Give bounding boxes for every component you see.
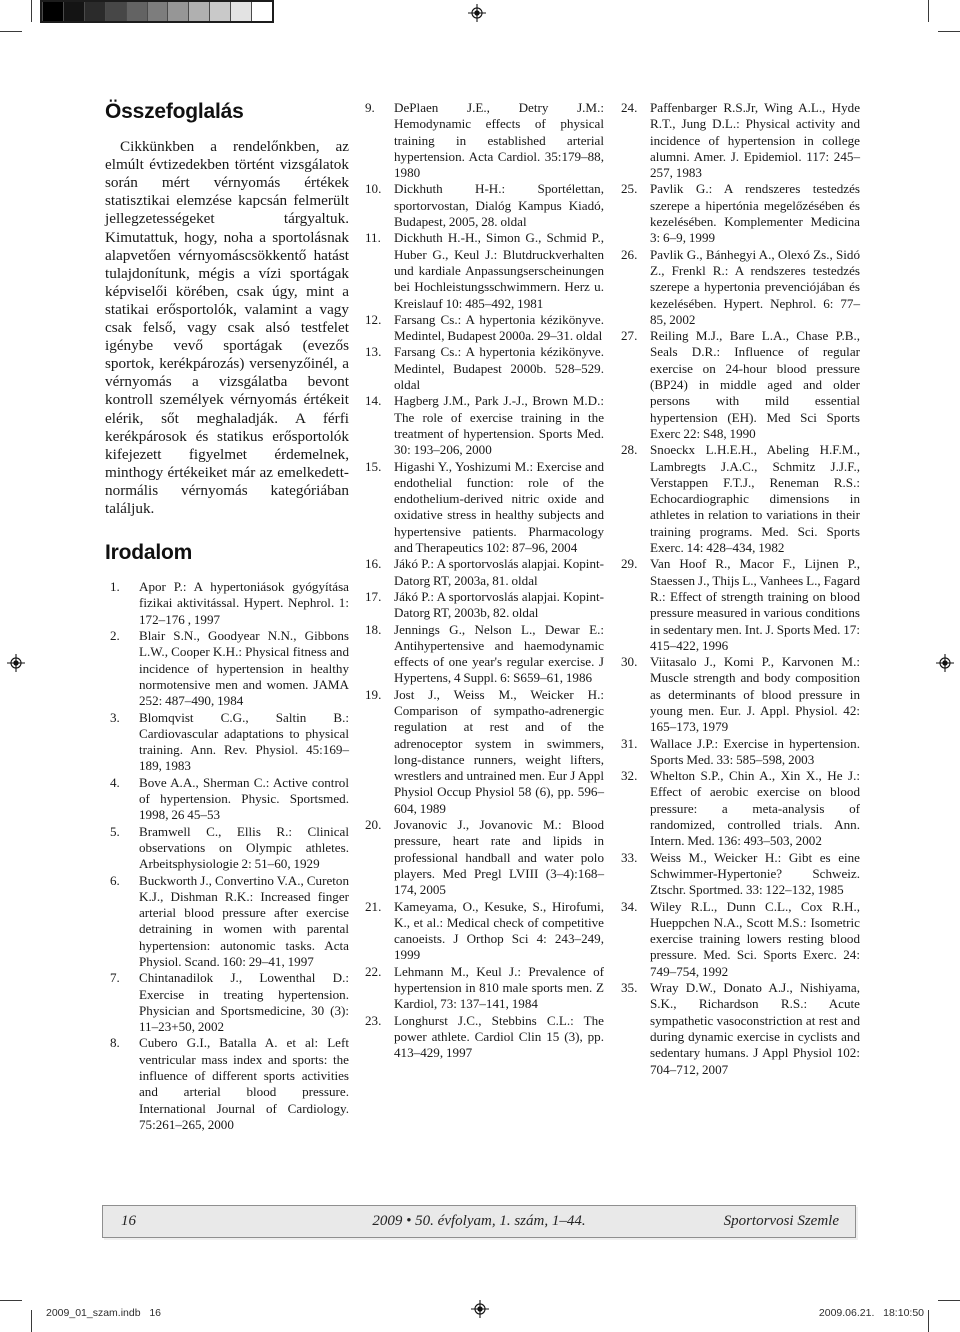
reference-number: 11. (360, 230, 394, 311)
reference-number: 34. (616, 899, 650, 980)
reference-text: Bramwell C., Ellis R.: Clinical observat… (139, 824, 349, 873)
grayscale-swatch (84, 2, 105, 21)
reference-item: 27. Reiling M.J., Bare L.A., Chase P.B.,… (616, 328, 860, 442)
reference-item: 33. Weiss M., Weicker H.: Gibt es eine S… (616, 850, 860, 899)
issue-info: 2009 • 50. évfolyam, 1. szám, 1–44. (372, 1213, 585, 1230)
reference-number: 9. (360, 100, 394, 181)
reference-item: 2. Blair S.N., Goodyear N.N., Gibbons L.… (105, 628, 349, 709)
crop-mark (0, 31, 22, 32)
column-refs-right: 24. Paffenbarger R.S.Jr, Wing A.L., Hyde… (616, 100, 860, 1078)
reference-number: 30. (616, 654, 650, 735)
reference-text: Bove A.A., Sherman C.: Active control of… (139, 775, 349, 824)
reference-item: 14. Hagberg J.M., Park J.-J., Brown M.D.… (360, 393, 604, 458)
reference-number: 7. (105, 970, 139, 1035)
reference-text: Lehmann M., Keul J.: Prevalence of hyper… (394, 964, 604, 1013)
reference-number: 25. (616, 181, 650, 246)
reference-text: Pavlik G.: A rendszeres testedzés szerep… (650, 181, 860, 246)
reference-item: 29. Van Hoof R., Macor F., Lijnen P., St… (616, 556, 860, 654)
reference-item: 11. Dickhuth H.-H., Simon G., Schmid P.,… (360, 230, 604, 311)
reference-number: 6. (105, 873, 139, 971)
reference-number: 26. (616, 247, 650, 328)
reference-text: Blomqvist C.G., Saltin B.: Cardiovascula… (139, 710, 349, 775)
crop-mark (928, 0, 929, 22)
reference-text: Snoeckx L.H.E.H., Abeling H.F.M., Lambre… (650, 442, 860, 556)
reference-number: 31. (616, 736, 650, 769)
reference-number: 3. (105, 710, 139, 775)
references-heading: Irodalom (105, 541, 349, 564)
reference-number: 19. (360, 687, 394, 817)
grayscale-swatch (209, 2, 230, 21)
reference-item: 10. Dickhuth H-H.: Sportélettan, sportor… (360, 181, 604, 230)
reference-item: 28. Snoeckx L.H.E.H., Abeling H.F.M., La… (616, 442, 860, 556)
grayscale-swatch (147, 2, 168, 21)
reference-number: 8. (105, 1035, 139, 1133)
registration-mark-icon (468, 4, 486, 22)
reference-text: Viitasalo J., Komi P., Karvonen M.: Musc… (650, 654, 860, 735)
reference-text: Cubero G.I., Batalla A. et al: Left vent… (139, 1035, 349, 1133)
grayscale-swatch (251, 2, 272, 21)
reference-text: Farsang Cs.: A hypertonia kézikönyve. Me… (394, 344, 604, 393)
reference-text: Kameyama, O., Kesuke, S., Hirofumi, K., … (394, 899, 604, 964)
reference-item: 13. Farsang Cs.: A hypertonia kézikönyve… (360, 344, 604, 393)
reference-number: 17. (360, 589, 394, 622)
reference-item: 35. Wray D.W., Donato A.J., Nishiyama, S… (616, 980, 860, 1078)
grayscale-swatch (230, 2, 251, 21)
footer-bar: 16 2009 • 50. évfolyam, 1. szám, 1–44. S… (102, 1205, 856, 1238)
reference-item: 4. Bove A.A., Sherman C.: Active control… (105, 775, 349, 824)
reference-item: 15. Higashi Y., Yoshizumi M.: Exercise a… (360, 459, 604, 557)
reference-number: 13. (360, 344, 394, 393)
reference-number: 15. (360, 459, 394, 557)
reference-item: 32. Whelton S.P., Chin A., Xin X., He J.… (616, 768, 860, 849)
summary-heading: Összefoglalás (105, 100, 349, 123)
reference-text: Jost J., Weiss M., Weicker H.: Compariso… (394, 687, 604, 817)
reference-item: 9. DePlaen J.E., Detry J.M.: Hemodynamic… (360, 100, 604, 181)
reference-number: 1. (105, 579, 139, 628)
registration-mark-icon (936, 654, 954, 672)
reference-item: 25. Pavlik G.: A rendszeres testedzés sz… (616, 181, 860, 246)
reference-text: Apor P.: A hypertoniások gyógyítása fizi… (139, 579, 349, 628)
crop-mark (928, 1310, 929, 1332)
reference-text: Weiss M., Weicker H.: Gibt es eine Schwi… (650, 850, 860, 899)
reference-text: Farsang Cs.: A hypertonia kézikönyve. Me… (394, 312, 604, 345)
grayscale-calibration-bar (40, 0, 274, 23)
reference-text: Jákó P.: A sportorvoslás alapjai. Kopint… (394, 556, 604, 589)
reference-item: 7. Chintanadilok J., Lowenthal D.: Exerc… (105, 970, 349, 1035)
crop-mark (31, 1310, 32, 1332)
reference-number: 35. (616, 980, 650, 1078)
scanned-journal-page: Összefoglalás Cikkünkben a rendelőnkben,… (0, 0, 960, 1332)
reference-item: 21. Kameyama, O., Kesuke, S., Hirofumi, … (360, 899, 604, 964)
reference-item: 22. Lehmann M., Keul J.: Prevalence of h… (360, 964, 604, 1013)
crop-mark (0, 1300, 22, 1301)
slug-filename: 2009_01_szam.indb 16 (46, 1307, 161, 1319)
reference-text: Whelton S.P., Chin A., Xin X., He J.: Ef… (650, 768, 860, 849)
grayscale-swatch (126, 2, 147, 21)
reference-text: Reiling M.J., Bare L.A., Chase P.B., Sea… (650, 328, 860, 442)
reference-item: 8. Cubero G.I., Batalla A. et al: Left v… (105, 1035, 349, 1133)
reference-item: 30. Viitasalo J., Komi P., Karvonen M.: … (616, 654, 860, 735)
reference-number: 27. (616, 328, 650, 442)
reference-item: 24. Paffenbarger R.S.Jr, Wing A.L., Hyde… (616, 100, 860, 181)
reference-text: Jákó P.: A sportorvoslás alapjai. Kopint… (394, 589, 604, 622)
reference-number: 23. (360, 1013, 394, 1062)
reference-number: 28. (616, 442, 650, 556)
reference-text: Blair S.N., Goodyear N.N., Gibbons L.W.,… (139, 628, 349, 709)
reference-number: 5. (105, 824, 139, 873)
reference-item: 17. Jákó P.: A sportorvoslás alapjai. Ko… (360, 589, 604, 622)
reference-item: 34. Wiley R.L., Dunn C.L., Cox R.H., Hue… (616, 899, 860, 980)
reference-item: 20. Jovanovic J., Jovanovic M.: Blood pr… (360, 817, 604, 898)
reference-text: Dickhuth H.-H., Simon G., Schmid P., Hub… (394, 230, 604, 311)
reference-text: DePlaen J.E., Detry J.M.: Hemodynamic ef… (394, 100, 604, 181)
reference-item: 6. Buckworth J., Convertino V.A., Cureto… (105, 873, 349, 971)
reference-text: Higashi Y., Yoshizumi M.: Exercise and e… (394, 459, 604, 557)
reference-number: 24. (616, 100, 650, 181)
crop-mark (31, 0, 32, 22)
reference-text: Pavlik G., Bánhegyi A., Olexó Zs., Sidó … (650, 247, 860, 328)
reference-text: Van Hoof R., Macor F., Lijnen P., Staess… (650, 556, 860, 654)
reference-text: Wallace J.P.: Exercise in hypertension. … (650, 736, 860, 769)
reference-number: 16. (360, 556, 394, 589)
reference-number: 20. (360, 817, 394, 898)
reference-number: 10. (360, 181, 394, 230)
column-summary-and-refs: Összefoglalás Cikkünkben a rendelőnkben,… (105, 100, 349, 1133)
reference-text: Dickhuth H-H.: Sportélettan, sportorvost… (394, 181, 604, 230)
reference-text: Hagberg J.M., Park J.-J., Brown M.D.: Th… (394, 393, 604, 458)
reference-number: 21. (360, 899, 394, 964)
summary-paragraph: Cikkünkben a rendelőnkben, az elmúlt évt… (105, 138, 349, 518)
reference-text: Wray D.W., Donato A.J., Nishiyama, S.K.,… (650, 980, 860, 1078)
grayscale-swatch (63, 2, 84, 21)
reference-number: 22. (360, 964, 394, 1013)
column-refs-middle: 9. DePlaen J.E., Detry J.M.: Hemodynamic… (360, 100, 604, 1062)
grayscale-swatch (188, 2, 209, 21)
page-number: 16 (121, 1213, 136, 1230)
reference-item: 23. Longhurst J.C., Stebbins C.L.: The p… (360, 1013, 604, 1062)
grayscale-swatch (42, 2, 63, 21)
slug-timestamp: 2009.06.21. 18:10:50 (819, 1307, 924, 1319)
reference-list-col1: 1. Apor P.: A hypertoniások gyógyítása f… (105, 579, 349, 1133)
registration-mark-icon (7, 654, 25, 672)
reference-number: 32. (616, 768, 650, 849)
reference-item: 12. Farsang Cs.: A hypertonia kézikönyve… (360, 312, 604, 345)
reference-item: 3. Blomqvist C.G., Saltin B.: Cardiovasc… (105, 710, 349, 775)
reference-text: Jennings G., Nelson L., Dewar E.: Antihy… (394, 622, 604, 687)
reference-text: Chintanadilok J., Lowenthal D.: Exercise… (139, 970, 349, 1035)
reference-item: 26. Pavlik G., Bánhegyi A., Olexó Zs., S… (616, 247, 860, 328)
reference-text: Buckworth J., Convertino V.A., Cureton K… (139, 873, 349, 971)
registration-mark-icon (471, 1300, 489, 1318)
reference-number: 18. (360, 622, 394, 687)
reference-number: 14. (360, 393, 394, 458)
reference-item: 19. Jost J., Weiss M., Weicker H.: Compa… (360, 687, 604, 817)
reference-item: 16. Jákó P.: A sportorvoslás alapjai. Ko… (360, 556, 604, 589)
journal-name: Sportorvosi Szemle (724, 1213, 839, 1230)
reference-text: Jovanovic J., Jovanovic M.: Blood pressu… (394, 817, 604, 898)
reference-item: 1. Apor P.: A hypertoniások gyógyítása f… (105, 579, 349, 628)
reference-text: Wiley R.L., Dunn C.L., Cox R.H., Hueppch… (650, 899, 860, 980)
reference-item: 18. Jennings G., Nelson L., Dewar E.: An… (360, 622, 604, 687)
grayscale-swatch (105, 2, 126, 21)
reference-text: Longhurst J.C., Stebbins C.L.: The power… (394, 1013, 604, 1062)
reference-text: Paffenbarger R.S.Jr, Wing A.L., Hyde R.T… (650, 100, 860, 181)
reference-number: 29. (616, 556, 650, 654)
reference-item: 31. Wallace J.P.: Exercise in hypertensi… (616, 736, 860, 769)
grayscale-swatch (167, 2, 188, 21)
reference-item: 5. Bramwell C., Ellis R.: Clinical obser… (105, 824, 349, 873)
crop-mark (938, 1300, 960, 1301)
reference-number: 2. (105, 628, 139, 709)
crop-mark (938, 31, 960, 32)
reference-number: 12. (360, 312, 394, 345)
reference-number: 4. (105, 775, 139, 824)
reference-number: 33. (616, 850, 650, 899)
